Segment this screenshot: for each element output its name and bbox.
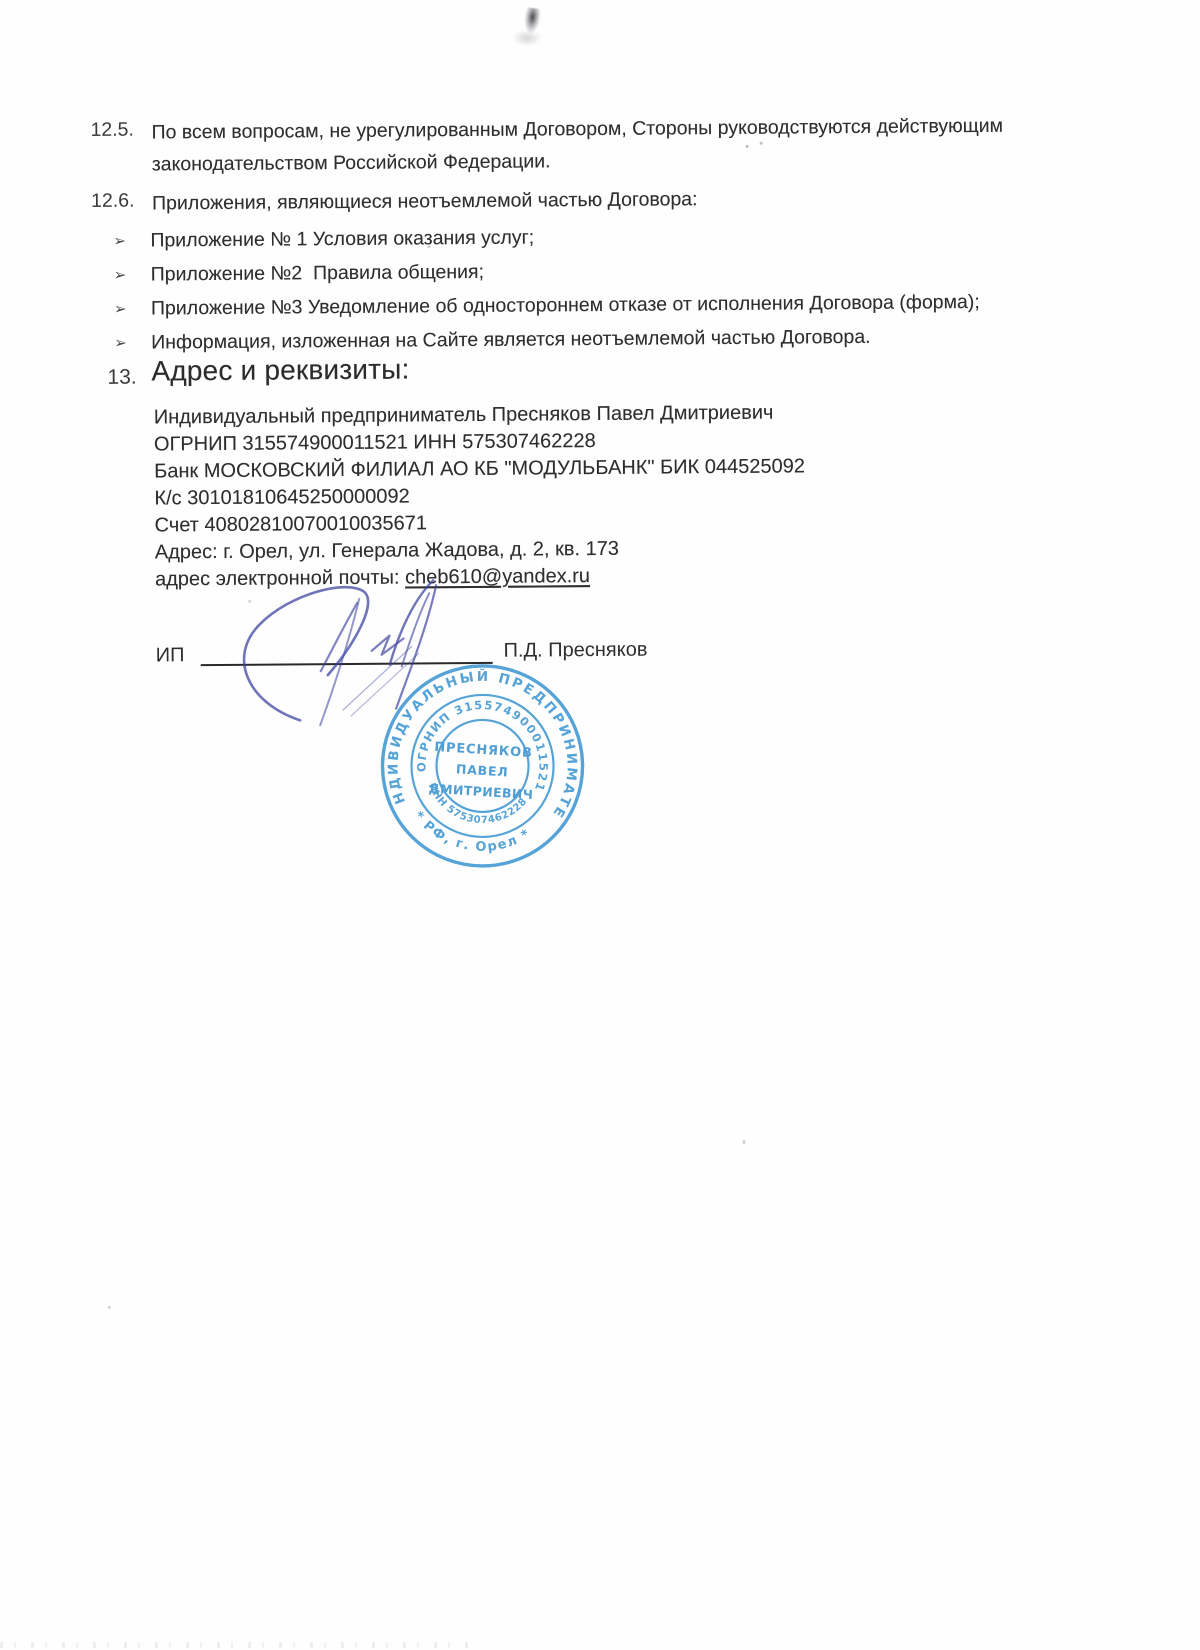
- appendix-item-1-text: Приложение № 1 Условия оказания услуг;: [150, 227, 534, 253]
- arrowhead-bullet-icon: ➢: [113, 230, 150, 250]
- section-13-title: Адрес и реквизиты:: [151, 353, 409, 387]
- stamp-center-line-1: ПРЕСНЯКОВ: [434, 740, 533, 761]
- scan-speck: [760, 142, 763, 145]
- arrowhead-bullet-icon: ➢: [114, 298, 151, 318]
- signature-line: [201, 662, 493, 666]
- clause-12-6-line-1: Приложения, являющиеся неотъемлемой част…: [152, 183, 698, 219]
- requisite-corr-account: К/с 30101810645250000092: [154, 485, 409, 510]
- arrowhead-bullet-icon: ➢: [114, 264, 151, 284]
- scan-speck: [746, 145, 749, 148]
- stamp-middle-circle: [411, 694, 554, 837]
- requisite-bank: Банк МОСКОВСКИЙ ФИЛИАЛ АО КБ "МОДУЛЬБАНК…: [154, 455, 805, 483]
- requisite-account: Счет 40802810070010035671: [155, 512, 427, 537]
- stamp-outer-bottom-text: * РФ, г. Орел *: [406, 807, 535, 864]
- email-label: адрес электронной почты:: [155, 567, 405, 591]
- svg-text:* ИНН 575307462228 *: * ИНН 575307462228 *: [419, 749, 538, 834]
- handwritten-signature: [243, 580, 437, 726]
- section-13-number: 13.: [107, 366, 136, 390]
- appendix-item-2-text: Приложение №2 Правила общения;: [151, 261, 484, 287]
- appendix-item-2: ➢ Приложение №2 Правила общения;: [114, 261, 484, 287]
- stamp-inner-top-text: ОГРНИП 315574900011521: [413, 688, 561, 795]
- appendix-item-4-text: Информация, изложенная на Сайте является…: [151, 326, 871, 355]
- svg-text:ИНДИВИДУАЛЬНЫЙ ПРЕДПРИНИМАТЕЛЬ: ИНДИВИДУАЛЬНЫЙ ПРЕДПРИНИМАТЕЛЬ: [378, 653, 595, 835]
- clause-12-6-number: 12.6.: [91, 190, 135, 213]
- scan-speck: [108, 1306, 111, 1309]
- requisite-ogrnip-inn: ОГРНИП 315574900011521 ИНН 575307462228: [154, 430, 596, 456]
- appendix-item-3: ➢ Приложение №3 Уведомление об односторо…: [114, 291, 980, 321]
- document-content: 12.5. По всем вопросам, не урегулированн…: [0, 0, 1200, 1650]
- requisite-address: Адрес: г. Орел, ул. Генерала Жадова, д. …: [155, 538, 619, 565]
- scanned-contract-page: 12.5. По всем вопросам, не урегулированн…: [0, 0, 1200, 1650]
- requisite-entrepreneur-name: Индивидуальный предприниматель Пресняков…: [154, 402, 774, 430]
- email-link[interactable]: cheb610@yandex.ru: [405, 565, 590, 588]
- scan-speck: [427, 245, 430, 248]
- clause-12-5-number: 12.5.: [90, 119, 134, 142]
- entrepreneur-stamp: ИНДИВИДУАЛЬНЫЙ ПРЕДПРИНИМАТЕЛЬ * РФ, г. …: [370, 652, 596, 872]
- stamp-inner-bottom-text: * ИНН 575307462228 *: [419, 749, 538, 834]
- clause-12-5-line-1: По всем вопросам, не урегулированным Дог…: [151, 110, 1003, 149]
- appendix-item-1: ➢ Приложение № 1 Условия оказания услуг;: [113, 227, 534, 253]
- stamp-center-name: ПРЕСНЯКОВ ПАВЕЛ ДМИТРИЕВИЧ: [428, 740, 536, 802]
- stamp-center-line-3: ДМИТРИЕВИЧ: [428, 781, 534, 802]
- svg-text:ОГРНИП 315574900011521: ОГРНИП 315574900011521: [413, 688, 561, 795]
- stamp-outer-top-text: ИНДИВИДУАЛЬНЫЙ ПРЕДПРИНИМАТЕЛЬ: [378, 653, 595, 835]
- appendix-item-4: ➢ Информация, изложенная на Сайте являет…: [114, 326, 871, 355]
- appendix-item-3-text: Приложение №3 Уведомление об односторонн…: [151, 291, 980, 321]
- stamp-outer-circle: [382, 665, 584, 867]
- arrowhead-bullet-icon: ➢: [114, 332, 151, 352]
- signatory-prefix: ИП: [156, 644, 185, 667]
- scan-speck: [248, 600, 251, 603]
- stamp-inner-circle: [436, 720, 529, 813]
- scan-speck: [742, 1140, 745, 1144]
- requisite-email-row: адрес электронной почты: cheb610@yandex.…: [155, 565, 590, 591]
- svg-text:* РФ, г. Орел *: * РФ, г. Орел *: [406, 807, 535, 864]
- stamp-ring-texts: ИНДИВИДУАЛЬНЫЙ ПРЕДПРИНИМАТЕЛЬ * РФ, г. …: [372, 653, 595, 870]
- scan-bottom-edge-artifact: [0, 1642, 470, 1648]
- signatory-name: П.Д. Пресняков: [504, 639, 648, 663]
- clause-12-5-line-2: законодательством Российской Федерации.: [152, 145, 551, 180]
- stamp-center-line-2: ПАВЕЛ: [456, 761, 509, 779]
